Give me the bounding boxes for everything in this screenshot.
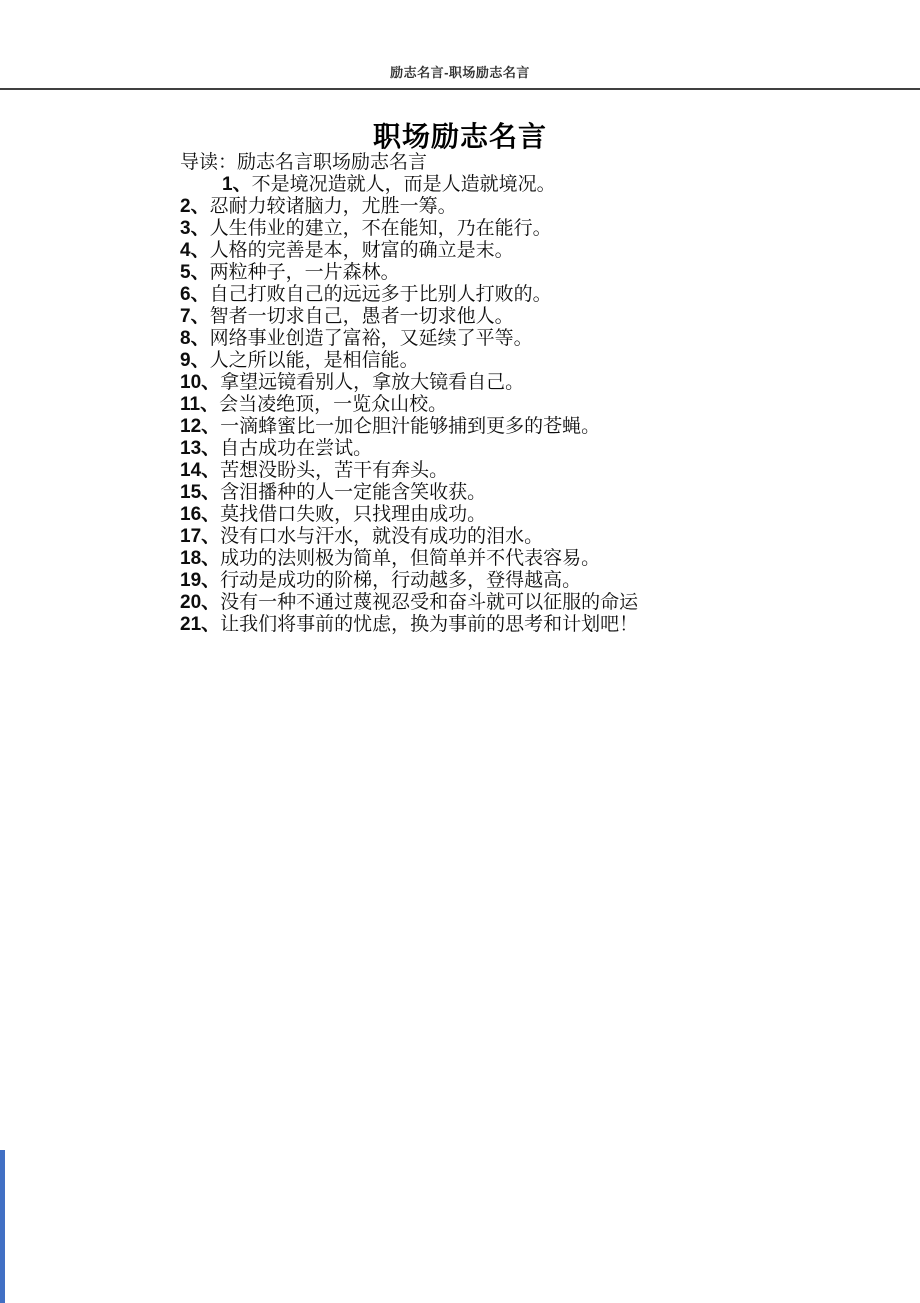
quote-item: 12、一滴蜂蜜比一加仑胆汁能够捕到更多的苍蝇。 xyxy=(180,416,880,438)
quote-number: 15、 xyxy=(180,482,220,503)
intro-line: 导读：励志名言职场励志名言 xyxy=(180,152,880,174)
quote-text: 智者一切求自己，愚者一切求他人。 xyxy=(210,306,514,327)
quote-item: 14、苦想没盼头，苦干有奔头。 xyxy=(180,460,880,482)
quote-number: 14、 xyxy=(180,460,220,481)
quote-text: 自古成功在尝试。 xyxy=(220,438,372,459)
quote-text: 莫找借口失败，只找理由成功。 xyxy=(220,504,486,525)
quote-number: 17、 xyxy=(180,526,220,547)
quote-item: 21、让我们将事前的忧虑，换为事前的思考和计划吧！ xyxy=(180,614,880,636)
quote-text: 自己打败自己的远远多于比别人打败的。 xyxy=(210,284,552,305)
quote-number: 11、 xyxy=(180,394,219,415)
quote-item: 3、人生伟业的建立，不在能知，乃在能行。 xyxy=(180,218,880,240)
quote-text: 两粒种子，一片森林。 xyxy=(210,262,400,283)
quote-item: 16、莫找借口失败，只找理由成功。 xyxy=(180,504,880,526)
quote-number: 1、 xyxy=(222,174,252,195)
quote-item: 11、会当凌绝顶，一览众山校。 xyxy=(180,394,880,416)
page-title: 职场励志名言 xyxy=(0,122,920,152)
quote-item: 2、忍耐力较诸脑力，尤胜一筹。 xyxy=(180,196,880,218)
quote-item: 17、没有口水与汗水，就没有成功的泪水。 xyxy=(180,526,880,548)
quote-item: 19、行动是成功的阶梯，行动越多，登得越高。 xyxy=(180,570,880,592)
quote-item: 13、自古成功在尝试。 xyxy=(180,438,880,460)
quote-number: 6、 xyxy=(180,284,210,305)
quote-number: 18、 xyxy=(180,548,220,569)
quote-text: 让我们将事前的忧虑，换为事前的思考和计划吧！ xyxy=(220,614,638,635)
header-rule xyxy=(0,88,920,90)
quote-item: 5、两粒种子，一片森林。 xyxy=(180,262,880,284)
quote-text: 人生伟业的建立，不在能知，乃在能行。 xyxy=(210,218,552,239)
quote-text: 含泪播种的人一定能含笑收获。 xyxy=(220,482,486,503)
quote-item: 7、智者一切求自己，愚者一切求他人。 xyxy=(180,306,880,328)
quote-item: 9、人之所以能，是相信能。 xyxy=(180,350,880,372)
quote-text: 会当凌绝顶，一览众山校。 xyxy=(219,394,447,415)
quote-text: 不是境况造就人，而是人造就境况。 xyxy=(252,174,556,195)
quote-text: 人之所以能，是相信能。 xyxy=(210,350,419,371)
quote-item: 10、拿望远镜看别人，拿放大镜看自己。 xyxy=(180,372,880,394)
quote-text: 拿望远镜看别人，拿放大镜看自己。 xyxy=(220,372,524,393)
quote-number: 13、 xyxy=(180,438,220,459)
page-edge-bar xyxy=(0,1150,5,1303)
quote-number: 5、 xyxy=(180,262,210,283)
running-header: 励志名言-职场励志名言 xyxy=(0,0,920,80)
document-body: 导读：励志名言职场励志名言 1、不是境况造就人，而是人造就境况。 2、忍耐力较诸… xyxy=(180,152,880,636)
quote-text: 网络事业创造了富裕，又延续了平等。 xyxy=(210,328,533,349)
quote-text: 苦想没盼头，苦干有奔头。 xyxy=(220,460,448,481)
quote-number: 19、 xyxy=(180,570,220,591)
quote-number: 8、 xyxy=(180,328,210,349)
quote-text: 没有口水与汗水，就没有成功的泪水。 xyxy=(220,526,543,547)
quote-item: 20、没有一种不通过蔑视忍受和奋斗就可以征服的命运 xyxy=(180,592,880,614)
quote-number: 3、 xyxy=(180,218,210,239)
quote-text: 成功的法则极为简单，但简单并不代表容易。 xyxy=(220,548,600,569)
quote-number: 4、 xyxy=(180,240,210,261)
quote-item: 18、成功的法则极为简单，但简单并不代表容易。 xyxy=(180,548,880,570)
quote-number: 20、 xyxy=(180,592,220,613)
quote-number: 16、 xyxy=(180,504,220,525)
quote-text: 一滴蜂蜜比一加仑胆汁能够捕到更多的苍蝇。 xyxy=(220,416,600,437)
quote-item: 15、含泪播种的人一定能含笑收获。 xyxy=(180,482,880,504)
quote-text: 行动是成功的阶梯，行动越多，登得越高。 xyxy=(220,570,581,591)
quote-number: 7、 xyxy=(180,306,210,327)
quote-text: 忍耐力较诸脑力，尤胜一筹。 xyxy=(210,196,457,217)
quote-number: 10、 xyxy=(180,372,220,393)
quote-item: 1、不是境况造就人，而是人造就境况。 xyxy=(180,174,880,196)
quote-text: 人格的完善是本，财富的确立是末。 xyxy=(210,240,514,261)
quote-item: 8、网络事业创造了富裕，又延续了平等。 xyxy=(180,328,880,350)
quote-text: 没有一种不通过蔑视忍受和奋斗就可以征服的命运 xyxy=(220,592,638,613)
quote-number: 2、 xyxy=(180,196,210,217)
quote-number: 12、 xyxy=(180,416,220,437)
quote-item: 4、人格的完善是本，财富的确立是末。 xyxy=(180,240,880,262)
quote-number: 21、 xyxy=(180,614,220,635)
quote-number: 9、 xyxy=(180,350,210,371)
quote-item: 6、自己打败自己的远远多于比别人打败的。 xyxy=(180,284,880,306)
